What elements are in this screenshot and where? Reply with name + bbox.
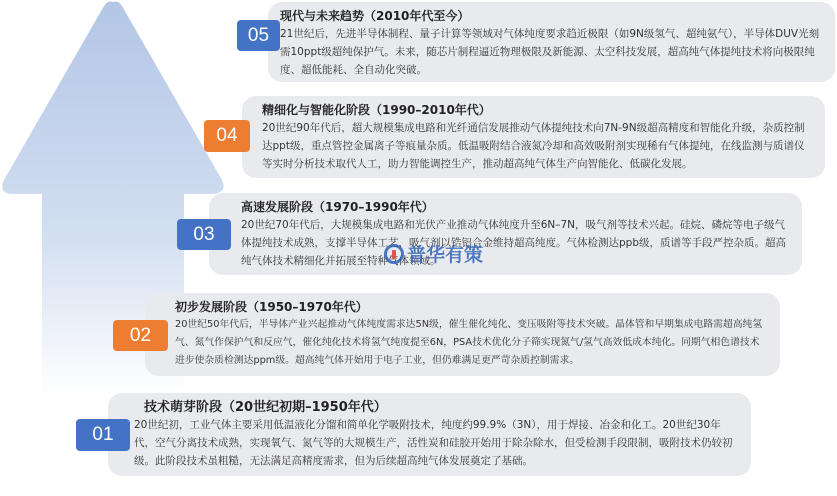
stage-card-03: 高速发展阶段（1970–1990年代） 20世纪70年代后，大规模集成电路和光伏…: [209, 193, 802, 275]
stage-title: 高速发展阶段（1970–1990年代）: [241, 199, 790, 216]
stage-badge-04: 04: [204, 120, 250, 152]
stage-description: 21世纪后，先进半导体制程、量子计算等领域对气体纯度要求趋近极限（如9N级氢气、…: [280, 25, 823, 79]
stage-title: 技术萌芽阶段（20世纪初期–1950年代）: [134, 399, 739, 416]
stage-badge-05: 05: [237, 20, 280, 51]
stage-card-05: 现代与未来趋势（2010年代至今） 21世纪后，先进半导体制程、量子计算等领域对…: [268, 2, 835, 82]
stage-badge-01: 01: [76, 419, 130, 451]
stage-description: 20世纪90年代后，超大规模集成电路和光纤通信发展推动气体提纯技术向7N-9N级…: [262, 119, 813, 173]
stage-card-02: 初步发展阶段（1950–1970年代） 20世纪50年代后，半导体产业兴起推动气…: [145, 293, 780, 376]
stage-description: 20世纪初，工业气体主要采用低温液化分馏和简单化学吸附技术，纯度约99.9%（3…: [134, 416, 739, 470]
stage-badge-03: 03: [177, 219, 231, 250]
stage-title: 精细化与智能化阶段（1990–2010年代）: [262, 102, 813, 119]
stage-card-04: 精细化与智能化阶段（1990–2010年代） 20世纪90年代后，超大规模集成电…: [242, 96, 825, 178]
watermark-text: 普华有策: [407, 240, 483, 267]
stage-title: 初步发展阶段（1950–1970年代）: [175, 299, 768, 316]
watermark-logo-icon: [384, 244, 404, 264]
watermark: 普华有策: [384, 240, 483, 267]
stage-title: 现代与未来趋势（2010年代至今）: [280, 8, 823, 25]
stage-description: 20世纪50年代后，半导体产业兴起推动气体纯度需求达5N级，催生催化纯化、变压吸…: [175, 316, 768, 370]
stage-badge-02: 02: [113, 320, 168, 351]
stage-card-01: 技术萌芽阶段（20世纪初期–1950年代） 20世纪初，工业气体主要采用低温液化…: [108, 393, 751, 476]
stage-description: 20世纪70年代后，大规模集成电路和光伏产业推动气体纯度升至6N–7N，吸气剂等…: [241, 216, 790, 270]
